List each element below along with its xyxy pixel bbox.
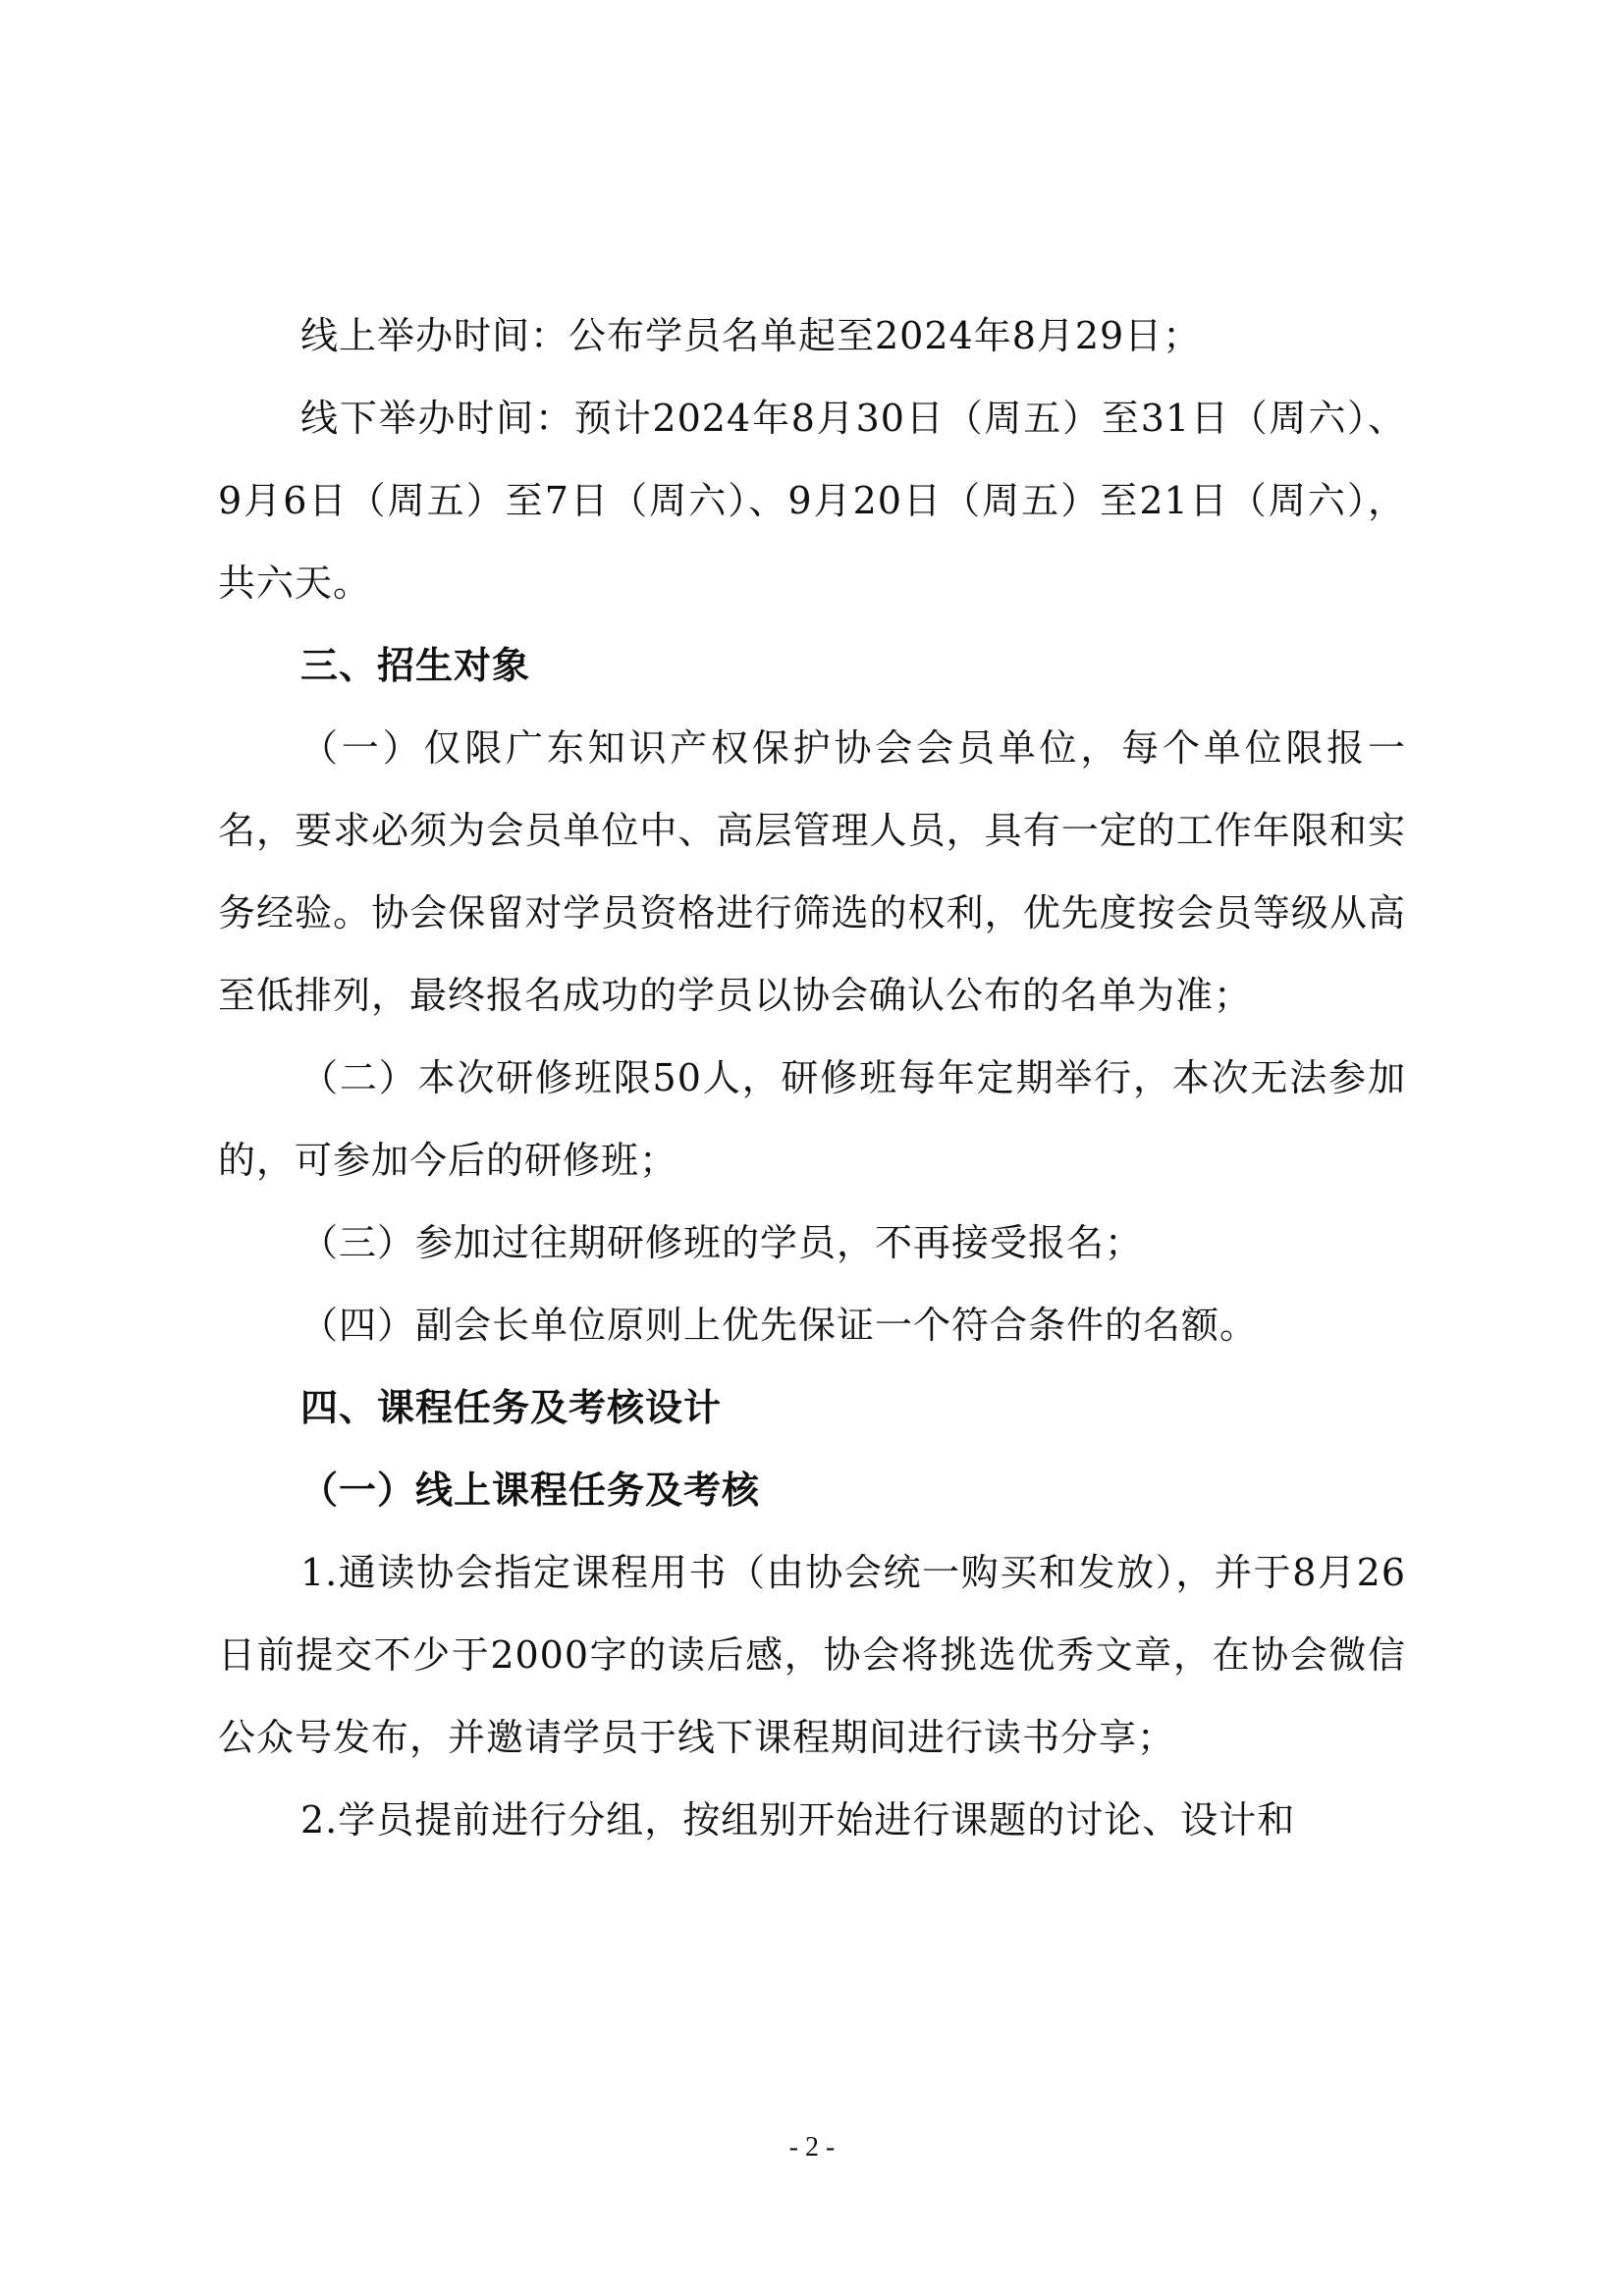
enrollment-item-1: （一）仅限广东知识产权保护协会会员单位，每个单位限报一名，要求必须为会员单位中、… bbox=[218, 707, 1406, 1037]
online-task-1: 1.通读协会指定课程用书（由协会统一购买和发放），并于8月26日前提交不少于20… bbox=[218, 1531, 1406, 1779]
online-schedule-paragraph: 线上举办时间：公布学员名单起至2024年8月29日； bbox=[218, 294, 1406, 377]
section-heading-course-tasks: 四、课程任务及考核设计 bbox=[218, 1366, 1406, 1449]
section-heading-enrollment-target: 三、招生对象 bbox=[218, 624, 1406, 707]
online-task-2: 2.学员提前进行分组，按组别开始进行课题的讨论、设计和 bbox=[218, 1779, 1406, 1861]
enrollment-item-3: （三）参加过往期研修班的学员，不再接受报名； bbox=[218, 1201, 1406, 1284]
enrollment-item-4: （四）副会长单位原则上优先保证一个符合条件的名额。 bbox=[218, 1284, 1406, 1366]
page-number: - 2 - bbox=[0, 2132, 1624, 2163]
offline-schedule-paragraph: 线下举办时间：预计2024年8月30日（周五）至31日（周六）、9月6日（周五）… bbox=[218, 377, 1406, 624]
subsection-heading-online-tasks: （一）线上课程任务及考核 bbox=[218, 1449, 1406, 1531]
enrollment-item-2: （二）本次研修班限50人，研修班每年定期举行，本次无法参加的，可参加今后的研修班… bbox=[218, 1037, 1406, 1201]
document-page: 线上举办时间：公布学员名单起至2024年8月29日； 线下举办时间：预计2024… bbox=[218, 294, 1406, 1861]
